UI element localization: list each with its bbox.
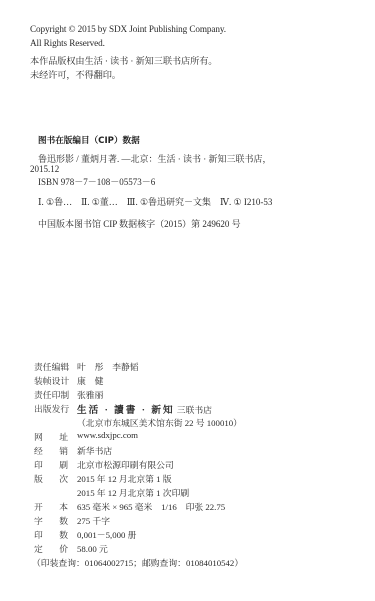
value-printing: 2015 年 12 月北京第 1 次印刷 <box>77 486 189 499</box>
label-word-count: 字数 <box>34 514 68 527</box>
publisher-name: 三联书店 <box>177 405 212 415</box>
value-distributor: 新华书店 <box>77 444 112 457</box>
value-print-manager: 张雅丽 <box>77 388 103 401</box>
label-print-manager: 责任印制 <box>34 388 78 401</box>
cip-record-number: 中国版本图书馆 CIP 数据核字（2015）第 249620 号 <box>38 217 241 230</box>
inquiry-contacts: （印装查询：01064002715；邮购查询：01084010542） <box>32 556 243 569</box>
value-printer: 北京市松源印刷有限公司 <box>77 458 174 471</box>
value-design: 康 健 <box>77 374 103 387</box>
copyright-notice: Copyright © 2015 by SDX Joint Publishing… <box>30 24 226 34</box>
label-editor: 责任编辑 <box>34 360 78 373</box>
publisher-address: （北京市东城区美术馆东街 22 号 100010） <box>77 416 242 429</box>
value-word-count: 275 千字 <box>77 514 110 527</box>
isbn: ISBN 978－7－108－05573－6 <box>38 175 155 188</box>
label-print-run: 印数 <box>34 528 68 541</box>
label-printer: 印刷 <box>34 458 68 471</box>
label-price: 定价 <box>34 542 68 555</box>
reprint-notice-cn: 未经许可，不得翻印。 <box>30 67 121 81</box>
label-design: 装帧设计 <box>34 374 78 387</box>
value-edition: 2015 年 12 月北京第 1 版 <box>77 472 172 485</box>
label-edition: 版次 <box>34 472 68 485</box>
label-distributor: 经销 <box>34 444 68 457</box>
publisher-value: 生活 · 讀書 · 新知 三联书店 <box>77 402 212 416</box>
cip-entry-date: 2015.12 <box>30 164 59 174</box>
label-publisher: 出版发行 <box>34 402 78 415</box>
value-price: 58.00 元 <box>77 542 108 555</box>
cip-entry: 鲁迅形影 / 董炳月著. —北京：生活 · 读书 · 新知三联书店， <box>38 152 272 165</box>
label-format: 开本 <box>34 500 68 513</box>
publisher-brand-logo: 生活 · 讀書 · 新知 <box>77 405 175 416</box>
rights-reserved: All Rights Reserved. <box>30 38 105 48</box>
value-format: 635 毫米 × 965 毫米 1/16 印张 22.75 <box>77 500 225 513</box>
cip-classification: Ⅰ. ①鲁… Ⅱ. ①董… Ⅲ. ①鲁迅研究－文集 Ⅳ. ① I210-53 <box>38 195 272 208</box>
value-print-run: 0,001－5,000 册 <box>77 528 136 541</box>
cip-title: 图书在版编目（CIP）数据 <box>38 134 140 146</box>
website-link[interactable]: www.sdxjpc.com <box>77 430 138 440</box>
label-website: 网址 <box>34 430 68 443</box>
copyright-owner-cn: 本作品版权由生活 · 读书 · 新知三联书店所有。 <box>30 53 217 67</box>
value-editor: 叶 彤 李静韬 <box>77 360 139 373</box>
